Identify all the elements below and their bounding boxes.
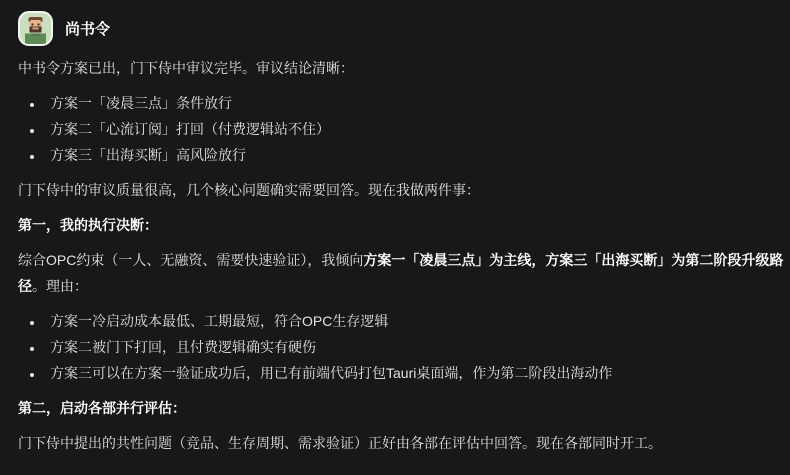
list-item-reason1: 方案一冷启动成本最低、工期最短，符合OPC生存逻辑 <box>44 308 788 334</box>
decision-text-pre: 综合OPC约束（一人、无融资、需要快速验证），我倾向 <box>18 252 363 268</box>
intro-paragraph: 中书令方案已出，门下侍中审议完毕。审议结论清晰： <box>18 55 788 81</box>
message-header: 尚书令 <box>18 10 788 46</box>
decision-paragraph: 综合OPC约束（一人、无融资、需要快速验证），我倾向方案一「凌晨三点」为主线，方… <box>18 247 788 299</box>
list-item-plan2: 方案二「心流订阅」打回（付费逻辑站不住） <box>44 116 788 142</box>
transition-paragraph: 门下侍中的审议质量很高，几个核心问题确实需要回答。现在我做两件事： <box>18 177 788 203</box>
list-item-reason3: 方案三可以在方案一验证成功后，用已有前端代码打包Tauri桌面端，作为第二阶段出… <box>44 360 788 386</box>
pixel-avatar-icon <box>20 13 51 44</box>
heading-second-evaluation: 第二，启动各部并行评估： <box>18 395 788 421</box>
review-result-list: 方案一「凌晨三点」条件放行 方案二「心流订阅」打回（付费逻辑站不住） 方案三「出… <box>18 90 788 168</box>
closing-paragraph: 门下侍中提出的共性问题（竞品、生存周期、需求验证）正好由各部在评估中回答。现在各… <box>18 430 788 456</box>
reason-list: 方案一冷启动成本最低、工期最短，符合OPC生存逻辑 方案二被门下打回，且付费逻辑… <box>18 308 788 386</box>
list-item-reason2: 方案二被门下打回，且付费逻辑确实有硬伤 <box>44 334 788 360</box>
decision-text-post: 。理由： <box>32 278 88 294</box>
chat-message: 尚书令 中书令方案已出，门下侍中审议完毕。审议结论清晰： 方案一「凌晨三点」条件… <box>0 0 790 475</box>
message-content: 中书令方案已出，门下侍中审议完毕。审议结论清晰： 方案一「凌晨三点」条件放行 方… <box>18 55 788 456</box>
user-avatar[interactable] <box>18 11 53 46</box>
list-item-plan1: 方案一「凌晨三点」条件放行 <box>44 90 788 116</box>
author-name[interactable]: 尚书令 <box>65 18 110 39</box>
heading-first-decision: 第一，我的执行决断： <box>18 212 788 238</box>
list-item-plan3: 方案三「出海买断」高风险放行 <box>44 142 788 168</box>
